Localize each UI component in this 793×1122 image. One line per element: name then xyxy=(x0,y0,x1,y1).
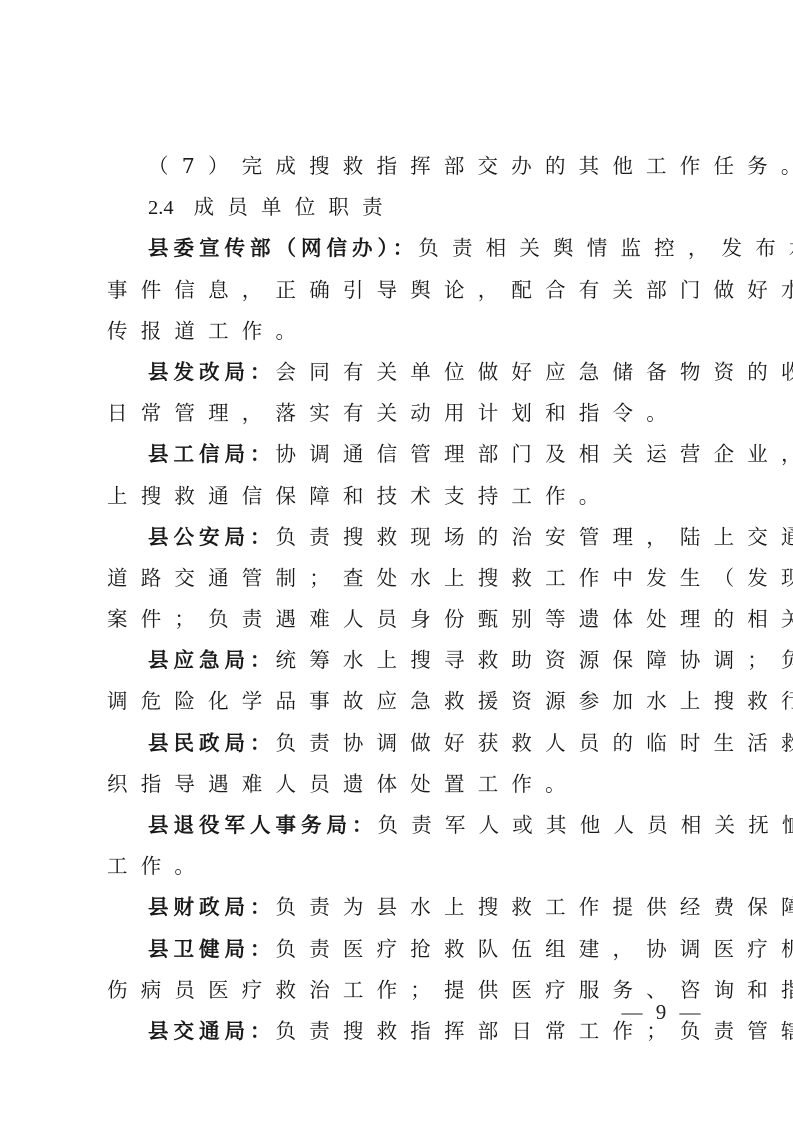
paragraph-line: 上搜救通信保障和技术支持工作。 xyxy=(107,476,697,517)
unit-name: 县工信局： xyxy=(148,442,276,466)
line-text: 调危险化学品事故应急救援资源参加水上搜救行动。 xyxy=(107,689,793,713)
line-text: 负责协调做好获救人员的临时生活救助；负责组 xyxy=(276,731,793,755)
unit-name: 县交通局： xyxy=(148,1019,276,1043)
section-title: 成员单位职责 xyxy=(194,195,396,219)
line-text: 协调通信管理部门及相关运营企业，负责协调水 xyxy=(276,442,793,466)
line-text: 案件；负责遇难人员身份甄别等遗体处理的相关工作。 xyxy=(107,607,793,631)
unit-name: 县财政局： xyxy=(148,895,276,919)
unit-name: 县民政局： xyxy=(148,731,276,755)
paragraph-line: 传报道工作。 xyxy=(107,311,697,352)
unit-name: 县应急局： xyxy=(148,648,276,672)
paragraph-line: 县委宣传部（网信办）：负责相关舆情监控，发布水上突发 xyxy=(107,228,697,269)
paragraph-line: 事件信息，正确引导舆论，配合有关部门做好水上搜救行动的宣 xyxy=(107,270,697,311)
unit-name: 县卫健局： xyxy=(148,937,276,961)
line-text: 负责相关舆情监控，发布水上突发 xyxy=(418,236,793,260)
unit-name: 县发改局： xyxy=(148,360,276,384)
line-text: 负责搜救现场的治安管理，陆上交通秩序维护和 xyxy=(276,525,793,549)
paragraph-line: 日常管理，落实有关动用计划和指令。 xyxy=(107,393,697,434)
page-number: — 9 — xyxy=(618,1000,708,1025)
line-text: 负责为县水上搜救工作提供经费保障。 xyxy=(276,895,793,919)
line-text: 工作。 xyxy=(107,854,208,878)
paragraph-line: 工作。 xyxy=(107,846,697,887)
line-text: 日常管理，落实有关动用计划和指令。 xyxy=(107,401,680,425)
section-heading: 2.4成员单位职责 xyxy=(107,187,697,228)
paragraph-line: 县公安局：负责搜救现场的治安管理，陆上交通秩序维护和 xyxy=(107,517,697,558)
unit-name: 县退役军人事务局： xyxy=(148,813,378,837)
paragraph-line: 县应急局：统筹水上搜寻救助资源保障协调；负责组织、协 xyxy=(107,640,697,681)
line-text: 负责搜救指挥部日常工作；负责管辖水域搜救现 xyxy=(276,1019,793,1043)
paragraph-line: 县发改局：会同有关单位做好应急储备物资的收储、轮换和 xyxy=(107,352,697,393)
line-text: 道路交通管制；查处水上搜救工作中发生（发现）的刑事、治安 xyxy=(107,566,793,590)
paragraph-line: 县民政局：负责协调做好获救人员的临时生活救助；负责组 xyxy=(107,723,697,764)
line-text: 负责医疗抢救队伍组建，协调医疗机构做好获救 xyxy=(276,937,793,961)
paragraph-line: 县财政局：负责为县水上搜救工作提供经费保障。 xyxy=(107,887,697,928)
line-text: （7）完成搜救指挥部交办的其他工作任务。 xyxy=(148,154,793,178)
paragraph-line: 道路交通管制；查处水上搜救工作中发生（发现）的刑事、治安 xyxy=(107,558,697,599)
line-text: 伤病员医疗救治工作；提供医疗服务、咨询和指导。 xyxy=(107,978,793,1002)
paragraph-line: 县退役军人事务局：负责军人或其他人员相关抚恤优待保障 xyxy=(107,805,697,846)
section-number: 2.4 xyxy=(148,197,174,219)
line-text: 统筹水上搜寻救助资源保障协调；负责组织、协 xyxy=(276,648,793,672)
line-text: 会同有关单位做好应急储备物资的收储、轮换和 xyxy=(276,360,793,384)
unit-name: 县委宣传部（网信办）： xyxy=(148,236,418,260)
line-text: 传报道工作。 xyxy=(107,319,309,343)
body-text: （7）完成搜救指挥部交办的其他工作任务。 2.4成员单位职责 县委宣传部（网信办… xyxy=(107,146,697,1052)
paragraph-line: 县工信局：协调通信管理部门及相关运营企业，负责协调水 xyxy=(107,434,697,475)
paragraph-line: 案件；负责遇难人员身份甄别等遗体处理的相关工作。 xyxy=(107,599,697,640)
paragraph-line: （7）完成搜救指挥部交办的其他工作任务。 xyxy=(107,146,697,187)
paragraph-line: 伤病员医疗救治工作；提供医疗服务、咨询和指导。 xyxy=(107,970,697,1011)
line-text: 织指导遇难人员遗体处置工作。 xyxy=(107,772,579,796)
paragraph-line: 织指导遇难人员遗体处置工作。 xyxy=(107,764,697,805)
line-text: 事件信息，正确引导舆论，配合有关部门做好水上搜救行动的宣 xyxy=(107,278,793,302)
line-text: 上搜救通信保障和技术支持工作。 xyxy=(107,484,613,508)
paragraph-line: 县卫健局：负责医疗抢救队伍组建，协调医疗机构做好获救 xyxy=(107,929,697,970)
document-page: （7）完成搜救指挥部交办的其他工作任务。 2.4成员单位职责 县委宣传部（网信办… xyxy=(0,0,793,1122)
unit-name: 县公安局： xyxy=(148,525,276,549)
paragraph-line: 调危险化学品事故应急救援资源参加水上搜救行动。 xyxy=(107,681,697,722)
line-text: 负责军人或其他人员相关抚恤优待保障 xyxy=(378,813,793,837)
paragraph-line: 县交通局：负责搜救指挥部日常工作；负责管辖水域搜救现 xyxy=(107,1011,697,1052)
